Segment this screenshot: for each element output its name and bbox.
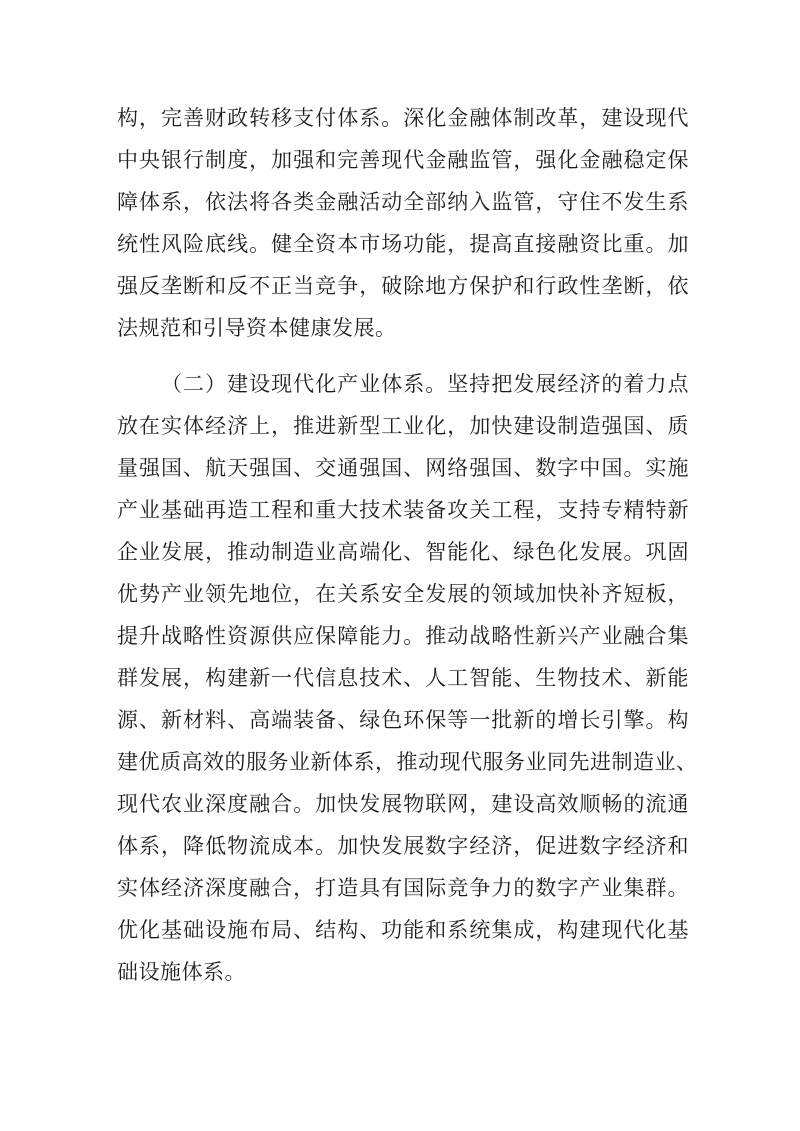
- text-line: 群发展，构建新一代信息技术、人工智能、生物技术、新能: [117, 657, 689, 699]
- text-line: 法规范和引导资本健康发展。: [117, 307, 689, 349]
- text-line: 提升战略性资源供应保障能力。推动战略性新兴产业融合集: [117, 615, 689, 657]
- text-line: 统性风险底线。健全资本市场功能，提高直接融资比重。加: [117, 223, 689, 265]
- text-line: 量强国、航天强国、交通强国、网络强国、数字中国。实施: [117, 447, 689, 489]
- text-line: 企业发展，推动制造业高端化、智能化、绿色化发展。巩固: [117, 531, 689, 573]
- document-page: 构，完善财政转移支付体系。深化金融体制改革，建设现代中央银行制度，加强和完善现代…: [0, 0, 800, 1131]
- text-line: 放在实体经济上，推进新型工业化，加快建设制造强国、质: [117, 405, 689, 447]
- text-line: 建优质高效的服务业新体系，推动现代服务业同先进制造业、: [117, 741, 689, 783]
- text-line: 优化基础设施布局、结构、功能和系统集成，构建现代化基: [117, 909, 689, 951]
- paragraph-continuation: 构，完善财政转移支付体系。深化金融体制改革，建设现代中央银行制度，加强和完善现代…: [117, 97, 689, 349]
- text-line: 中央银行制度，加强和完善现代金融监管，强化金融稳定保: [117, 139, 689, 181]
- text-line: 体系，降低物流成本。加快发展数字经济，促进数字经济和: [117, 825, 689, 867]
- text-line: 源、新材料、高端装备、绿色环保等一批新的增长引擎。构: [117, 699, 689, 741]
- paragraph-section-2: （二）建设现代化产业体系。坚持把发展经济的着力点放在实体经济上，推进新型工业化，…: [117, 363, 689, 993]
- text-line: 障体系，依法将各类金融活动全部纳入监管，守住不发生系: [117, 181, 689, 223]
- text-line: 实体经济深度融合，打造具有国际竞争力的数字产业集群。: [117, 867, 689, 909]
- text-line: 现代农业深度融合。加快发展物联网，建设高效顺畅的流通: [117, 783, 689, 825]
- text-line: 优势产业领先地位，在关系安全发展的领域加快补齐短板，: [117, 573, 689, 615]
- text-line: 强反垄断和反不正当竞争，破除地方保护和行政性垄断，依: [117, 265, 689, 307]
- document-body: 构，完善财政转移支付体系。深化金融体制改革，建设现代中央银行制度，加强和完善现代…: [117, 97, 689, 993]
- text-line: 础设施体系。: [117, 951, 689, 993]
- text-line: 构，完善财政转移支付体系。深化金融体制改革，建设现代: [117, 97, 689, 139]
- text-line: （二）建设现代化产业体系。坚持把发展经济的着力点: [117, 363, 689, 405]
- text-line: 产业基础再造工程和重大技术装备攻关工程，支持专精特新: [117, 489, 689, 531]
